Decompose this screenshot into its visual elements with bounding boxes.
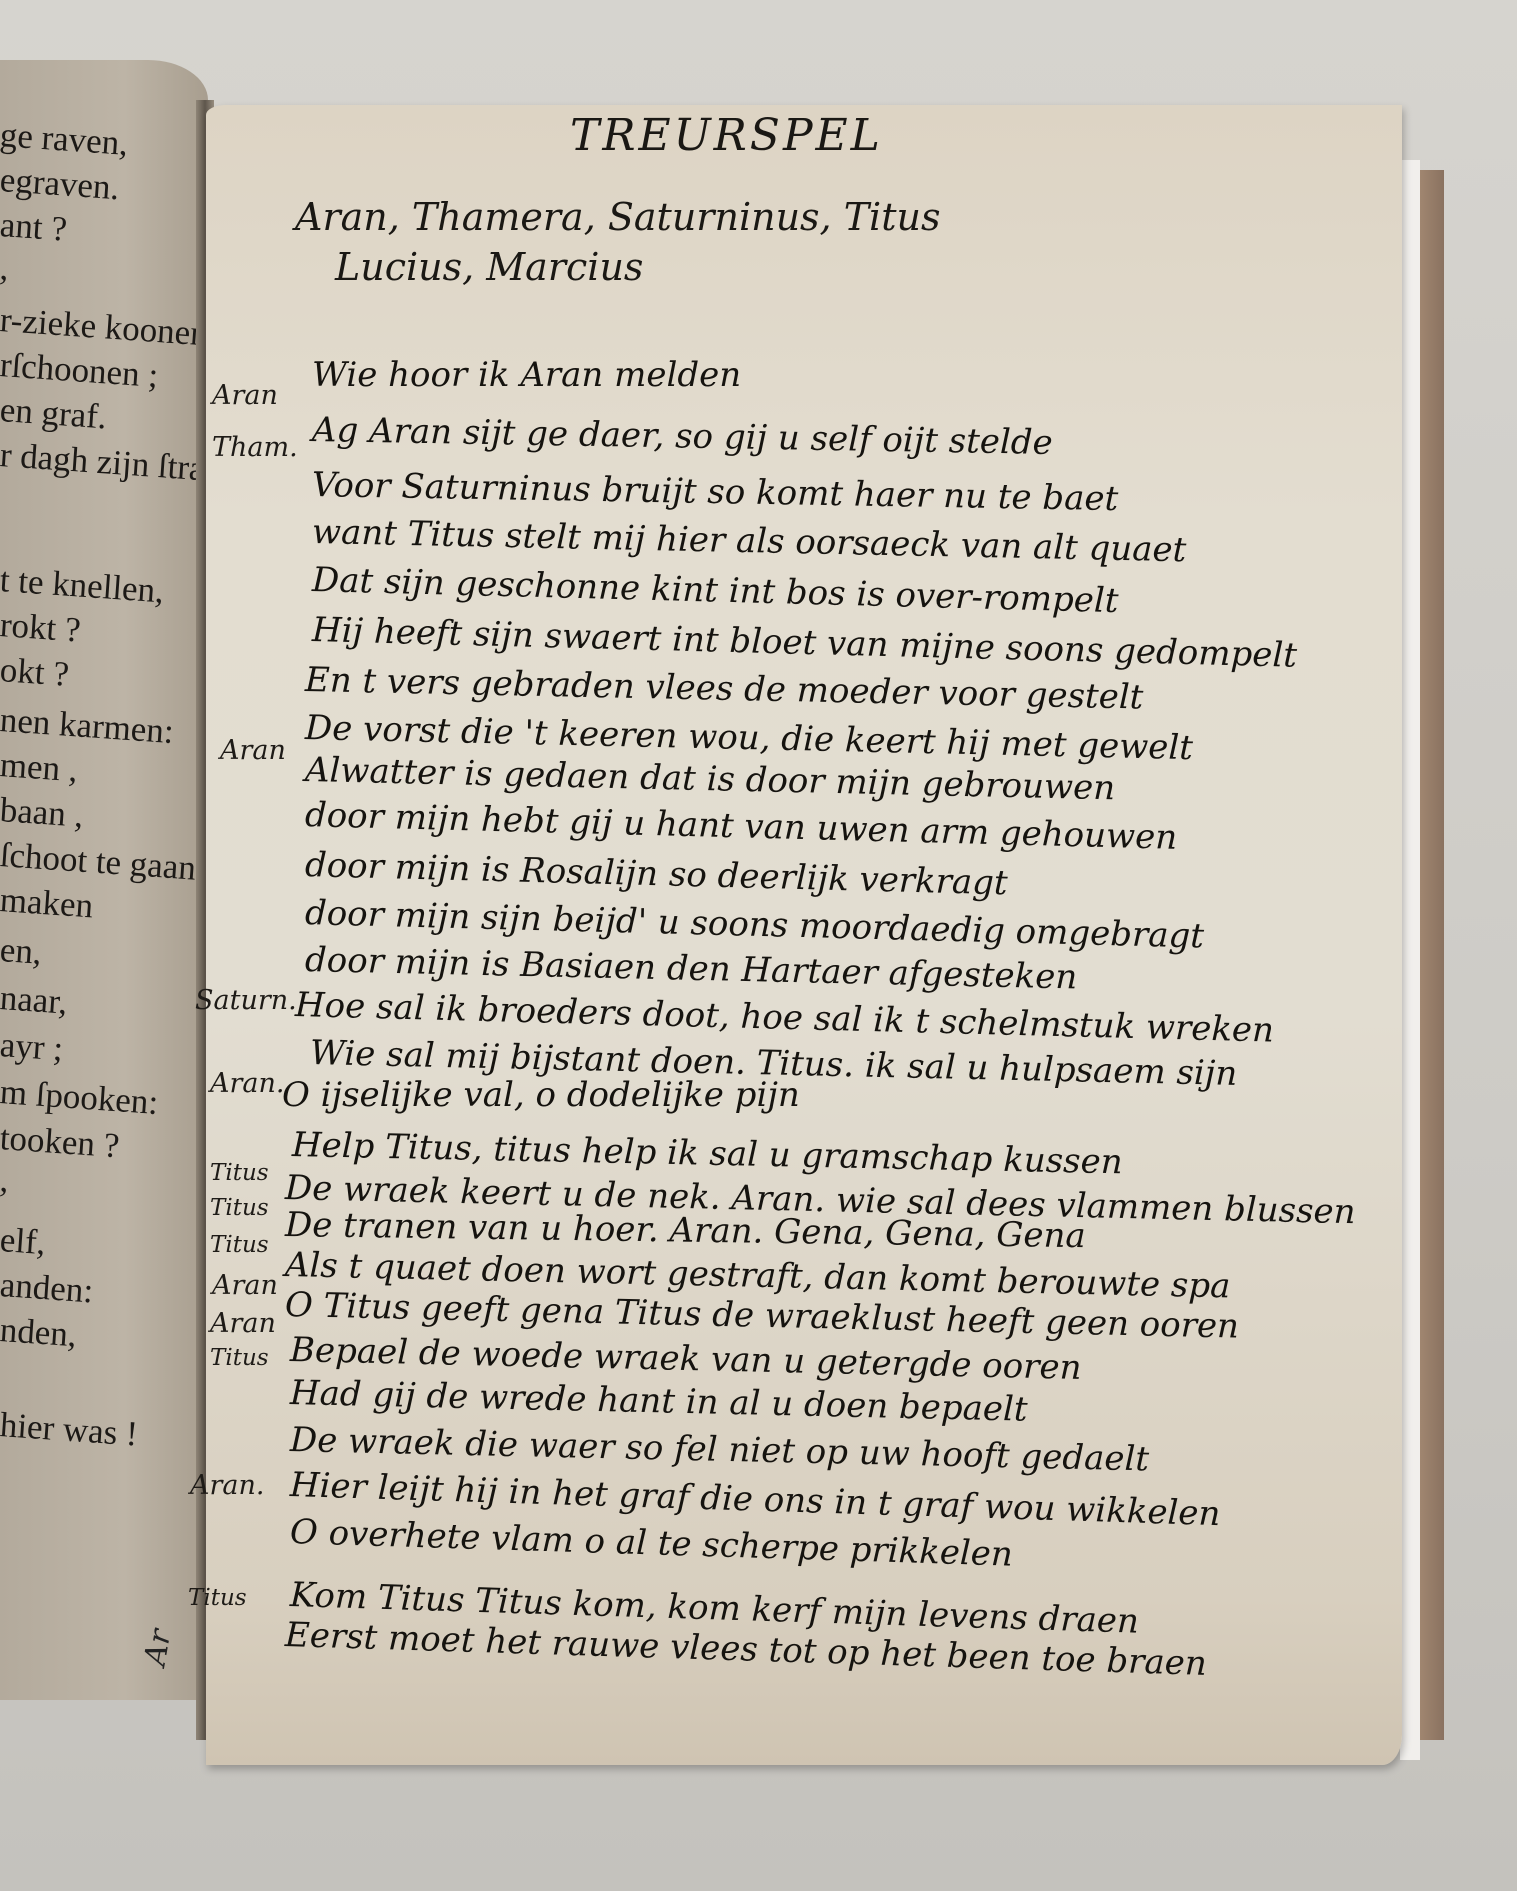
printed-line: , (0, 1160, 10, 1201)
printed-line: tooken ? (0, 1118, 121, 1166)
speaker-label: Aran (212, 1270, 278, 1301)
printed-line: men , (0, 745, 79, 790)
speaker-label: Titus (210, 1232, 269, 1258)
verse-line: Wie hoor ik Aran melden (312, 355, 741, 395)
page-block-edge (1400, 160, 1420, 1760)
speaker-label: Aran. (210, 1068, 284, 1099)
printed-line: anden: (0, 1265, 94, 1311)
printed-line: en graf. (0, 390, 108, 437)
printed-line: , (0, 248, 10, 289)
printed-line: naar, (0, 978, 69, 1023)
speaker-label: Titus (210, 1345, 269, 1371)
printed-line: rokt ? (0, 605, 82, 651)
printed-line: maken (0, 880, 94, 926)
margin-note: Ar (138, 1627, 179, 1669)
printed-line: okt ? (0, 650, 70, 695)
speaker-label: Saturn. (195, 985, 297, 1016)
printed-line: ſchoot te gaan, (0, 835, 206, 889)
left-printed-page: ge raven, egraven. ant ? , r-zieke koone… (0, 60, 208, 1700)
speaker-label: Aran (210, 1308, 276, 1339)
printed-line: hier was ! (0, 1405, 139, 1455)
speaker-label: Aran (212, 380, 278, 411)
printed-line: rſchoonen ; (0, 345, 159, 396)
printed-line: ayr ; (0, 1025, 64, 1069)
printed-line: egraven. (0, 160, 121, 208)
printed-line: m ſpooken: (0, 1072, 159, 1123)
printed-line: elf, (0, 1220, 47, 1263)
printed-line: nen karmen: (0, 700, 175, 752)
book-cover-edge (1420, 170, 1444, 1740)
printed-line: en, (0, 930, 43, 973)
speaker-label: Titus (188, 1585, 247, 1611)
printed-line: t te knellen, (0, 560, 165, 611)
printed-line: ge raven, (0, 115, 129, 164)
printed-line: ant ? (0, 205, 68, 250)
printed-line: baan , (0, 790, 85, 836)
speaker-label: Aran (220, 735, 286, 766)
speaker-label: Tham. (212, 432, 298, 463)
printed-line: r dagh zijn ſtra (0, 435, 206, 489)
speaker-label: Aran. (190, 1470, 264, 1501)
cast-list-line-2: Lucius, Marcius (335, 245, 643, 289)
speaker-label: Titus (210, 1195, 269, 1221)
speaker-label: Titus (210, 1160, 269, 1186)
manuscript-title: TREURSPEL (570, 110, 883, 161)
cast-list-line-1: Aran, Thamera, Saturninus, Titus (295, 195, 940, 239)
verse-line: O ijselijke val, o dodelijke pijn (282, 1075, 800, 1115)
printed-line: nden, (0, 1310, 78, 1355)
